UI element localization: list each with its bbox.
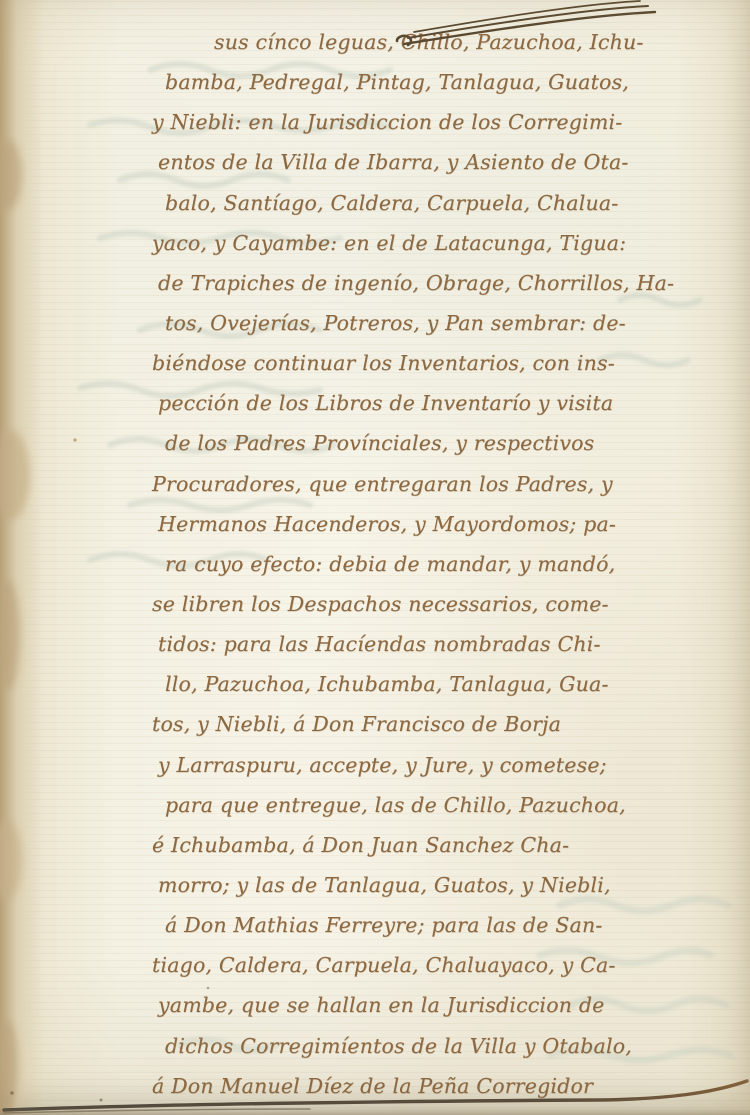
- ink-specks: [10, 438, 209, 1101]
- manuscript-page: sus cínco leguas, Chillo, Pazuchoa, Ichu…: [0, 0, 750, 1115]
- ink-marks: [0, 0, 750, 1115]
- page-bottom-edge: [0, 1108, 750, 1115]
- pen-flourish-icon: [397, 1, 655, 45]
